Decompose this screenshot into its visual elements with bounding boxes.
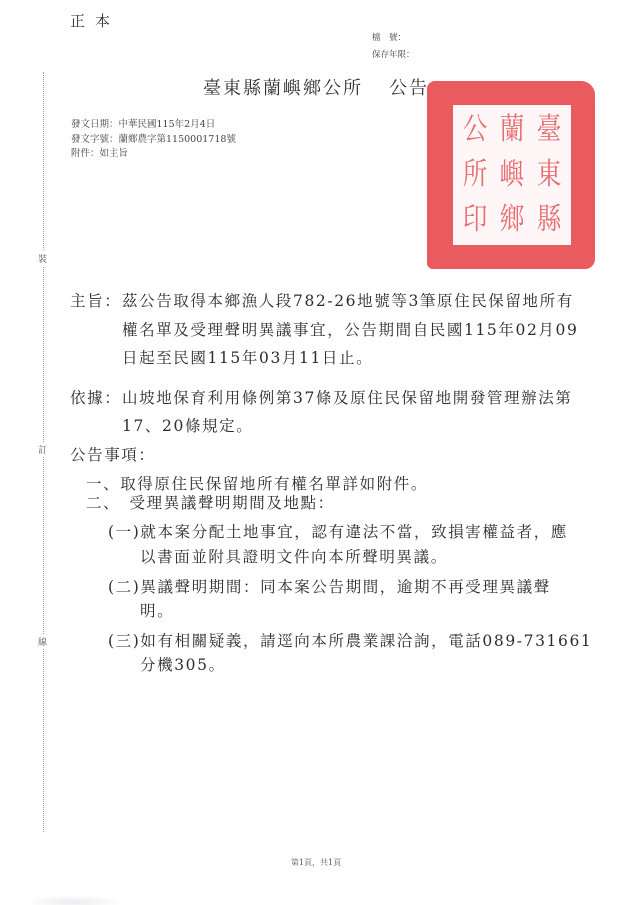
- seal-char: 所: [463, 160, 488, 190]
- notice-item-2: 二、 受理異議聲明期間及地點：: [86, 491, 335, 516]
- seal-char: 公: [463, 115, 488, 145]
- official-seal: 臺 東 縣 蘭 嶼 鄉 公 所 印: [427, 81, 595, 269]
- issue-number: 發文字號：蘭鄉農字第1150001718號: [71, 133, 236, 148]
- title-org: 臺東縣蘭嶼鄉公所: [203, 78, 363, 99]
- basis-line: 17、20條規定。: [122, 414, 253, 439]
- notice-sub-1-line: (一)就本案分配土地事宜，認有違法不當，致損害權益者，應: [108, 520, 568, 545]
- issue-date: 發文日期：中華民國115年2月4日: [71, 118, 236, 133]
- subject-label: 主旨：: [70, 289, 121, 314]
- notice-sub-1-line: 以書面並附具證明文件向本所聲明異議。: [140, 545, 448, 570]
- binding-mark-ding: 訂: [38, 442, 47, 457]
- file-number-label: 檔 號：: [372, 31, 406, 43]
- copy-label: 正本: [70, 10, 120, 31]
- seal-char: 印: [463, 205, 488, 235]
- basis-label: 依據：: [70, 386, 121, 411]
- basis-line: 山坡地保育利用條例第37條及原住民保留地開發管理辦法第: [122, 386, 572, 411]
- binding-mark-zhuang: 裝: [38, 251, 47, 266]
- seal-char: 嶼: [500, 160, 525, 190]
- subject-line: 日起至民國115年03月11日止。: [122, 346, 373, 371]
- seal-column: 公 所 印: [463, 107, 488, 243]
- subject-line: 權名單及受理聲明異議事宜，公告期間自民國115年02月09: [122, 318, 578, 343]
- seal-char: 東: [536, 160, 561, 190]
- page-title: 臺東縣蘭嶼鄉公所公告: [203, 74, 429, 100]
- notice-sub-3-line: 分機305。: [140, 653, 226, 678]
- notice-sub-2-line: (二)異議聲明期間：同本案公告期間，逾期不再受理異議聲: [108, 575, 551, 600]
- attachment: 附件：如主旨: [71, 147, 236, 162]
- seal-inner: 臺 東 縣 蘭 嶼 鄉 公 所 印: [453, 105, 571, 245]
- seal-column: 蘭 嶼 鄉: [500, 107, 525, 243]
- subject-line: 茲公告取得本鄉漁人段782-26地號等3筆原住民保留地所有: [122, 289, 574, 314]
- notice-label: 公告事項：: [70, 443, 156, 468]
- notice-sub-2-line: 明。: [140, 599, 174, 624]
- seal-char: 縣: [536, 205, 561, 235]
- document-meta: 發文日期：中華民國115年2月4日 發文字號：蘭鄉農字第1150001718號 …: [71, 118, 236, 162]
- scan-smudge: [24, 895, 124, 905]
- seal-char: 蘭: [500, 115, 525, 145]
- page-footer: 第1頁，共1頁: [0, 857, 632, 868]
- retention-label: 保存年限：: [372, 48, 415, 60]
- seal-char: 臺: [536, 115, 561, 145]
- binding-mark-xian: 線: [38, 634, 47, 649]
- title-type: 公告: [389, 78, 429, 99]
- seal-column: 臺 東 縣: [536, 107, 561, 243]
- seal-char: 鄉: [500, 205, 525, 235]
- notice-sub-3-line: (三)如有相關疑義，請逕向本所農業課洽詢，電話089-731661: [108, 629, 592, 654]
